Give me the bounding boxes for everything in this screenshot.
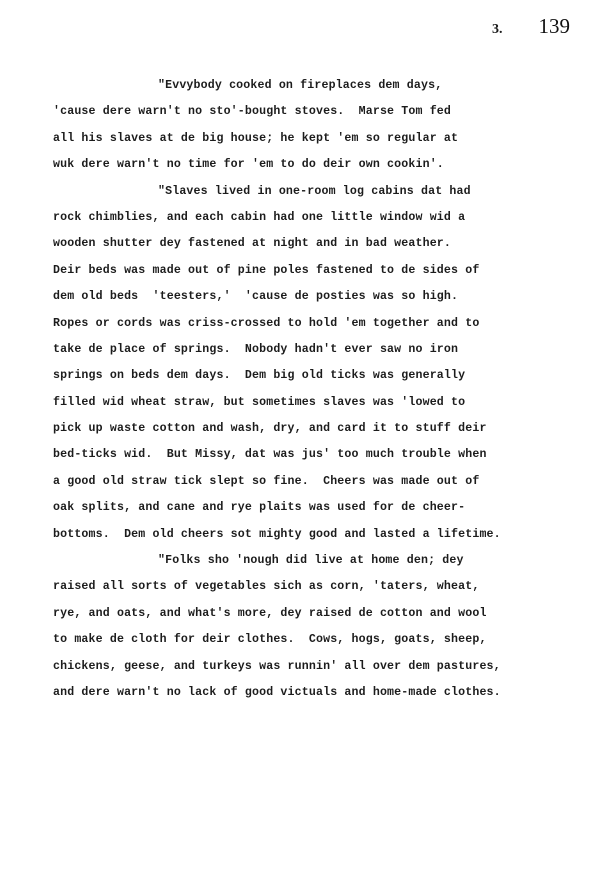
- text-line: rye, and oats, and what's more, dey rais…: [53, 601, 573, 627]
- page-header: 3. 139: [492, 14, 570, 44]
- text-line: and dere warn't no lack of good victuals…: [53, 680, 573, 706]
- text-line: bottoms. Dem old cheers sot mighty good …: [53, 522, 573, 548]
- text-line: raised all sorts of vegetables sich as c…: [53, 574, 573, 600]
- section-number: 3.: [492, 22, 503, 38]
- text-line: oak splits, and cane and rye plaits was …: [53, 495, 573, 521]
- text-line: filled wid wheat straw, but sometimes sl…: [53, 390, 573, 416]
- text-line: 'cause dere warn't no sto'-bought stoves…: [53, 99, 573, 125]
- text-line: Ropes or cords was criss-crossed to hold…: [53, 311, 573, 337]
- text-line: "Slaves lived in one-room log cabins dat…: [53, 179, 573, 205]
- text-line: "Evvybody cooked on fireplaces dem days,: [53, 73, 573, 99]
- text-line: rock chimblies, and each cabin had one l…: [53, 205, 573, 231]
- paragraph: "Folks sho 'nough did live at home den; …: [53, 548, 573, 706]
- text-line: Deir beds was made out of pine poles fas…: [53, 258, 573, 284]
- document-page: 3. 139 "Evvybody cooked on fireplaces de…: [0, 0, 600, 875]
- text-line: wuk dere warn't no time for 'em to do de…: [53, 152, 573, 178]
- text-line: wooden shutter dey fastened at night and…: [53, 231, 573, 257]
- paragraph: "Slaves lived in one-room log cabins dat…: [53, 179, 573, 548]
- text-line: take de place of springs. Nobody hadn't …: [53, 337, 573, 363]
- text-line: "Folks sho 'nough did live at home den; …: [53, 548, 573, 574]
- text-line: all his slaves at de big house; he kept …: [53, 126, 573, 152]
- body-text: "Evvybody cooked on fireplaces dem days,…: [53, 73, 573, 706]
- paragraph: "Evvybody cooked on fireplaces dem days,…: [53, 73, 573, 179]
- text-line: pick up waste cotton and wash, dry, and …: [53, 416, 573, 442]
- text-line: to make de cloth for deir clothes. Cows,…: [53, 627, 573, 653]
- text-line: dem old beds 'teesters,' 'cause de posti…: [53, 284, 573, 310]
- text-line: bed-ticks wid. But Missy, dat was jus' t…: [53, 442, 573, 468]
- page-number: 139: [539, 14, 571, 39]
- text-line: a good old straw tick slept so fine. Che…: [53, 469, 573, 495]
- text-line: chickens, geese, and turkeys was runnin'…: [53, 654, 573, 680]
- text-line: springs on beds dem days. Dem big old ti…: [53, 363, 573, 389]
